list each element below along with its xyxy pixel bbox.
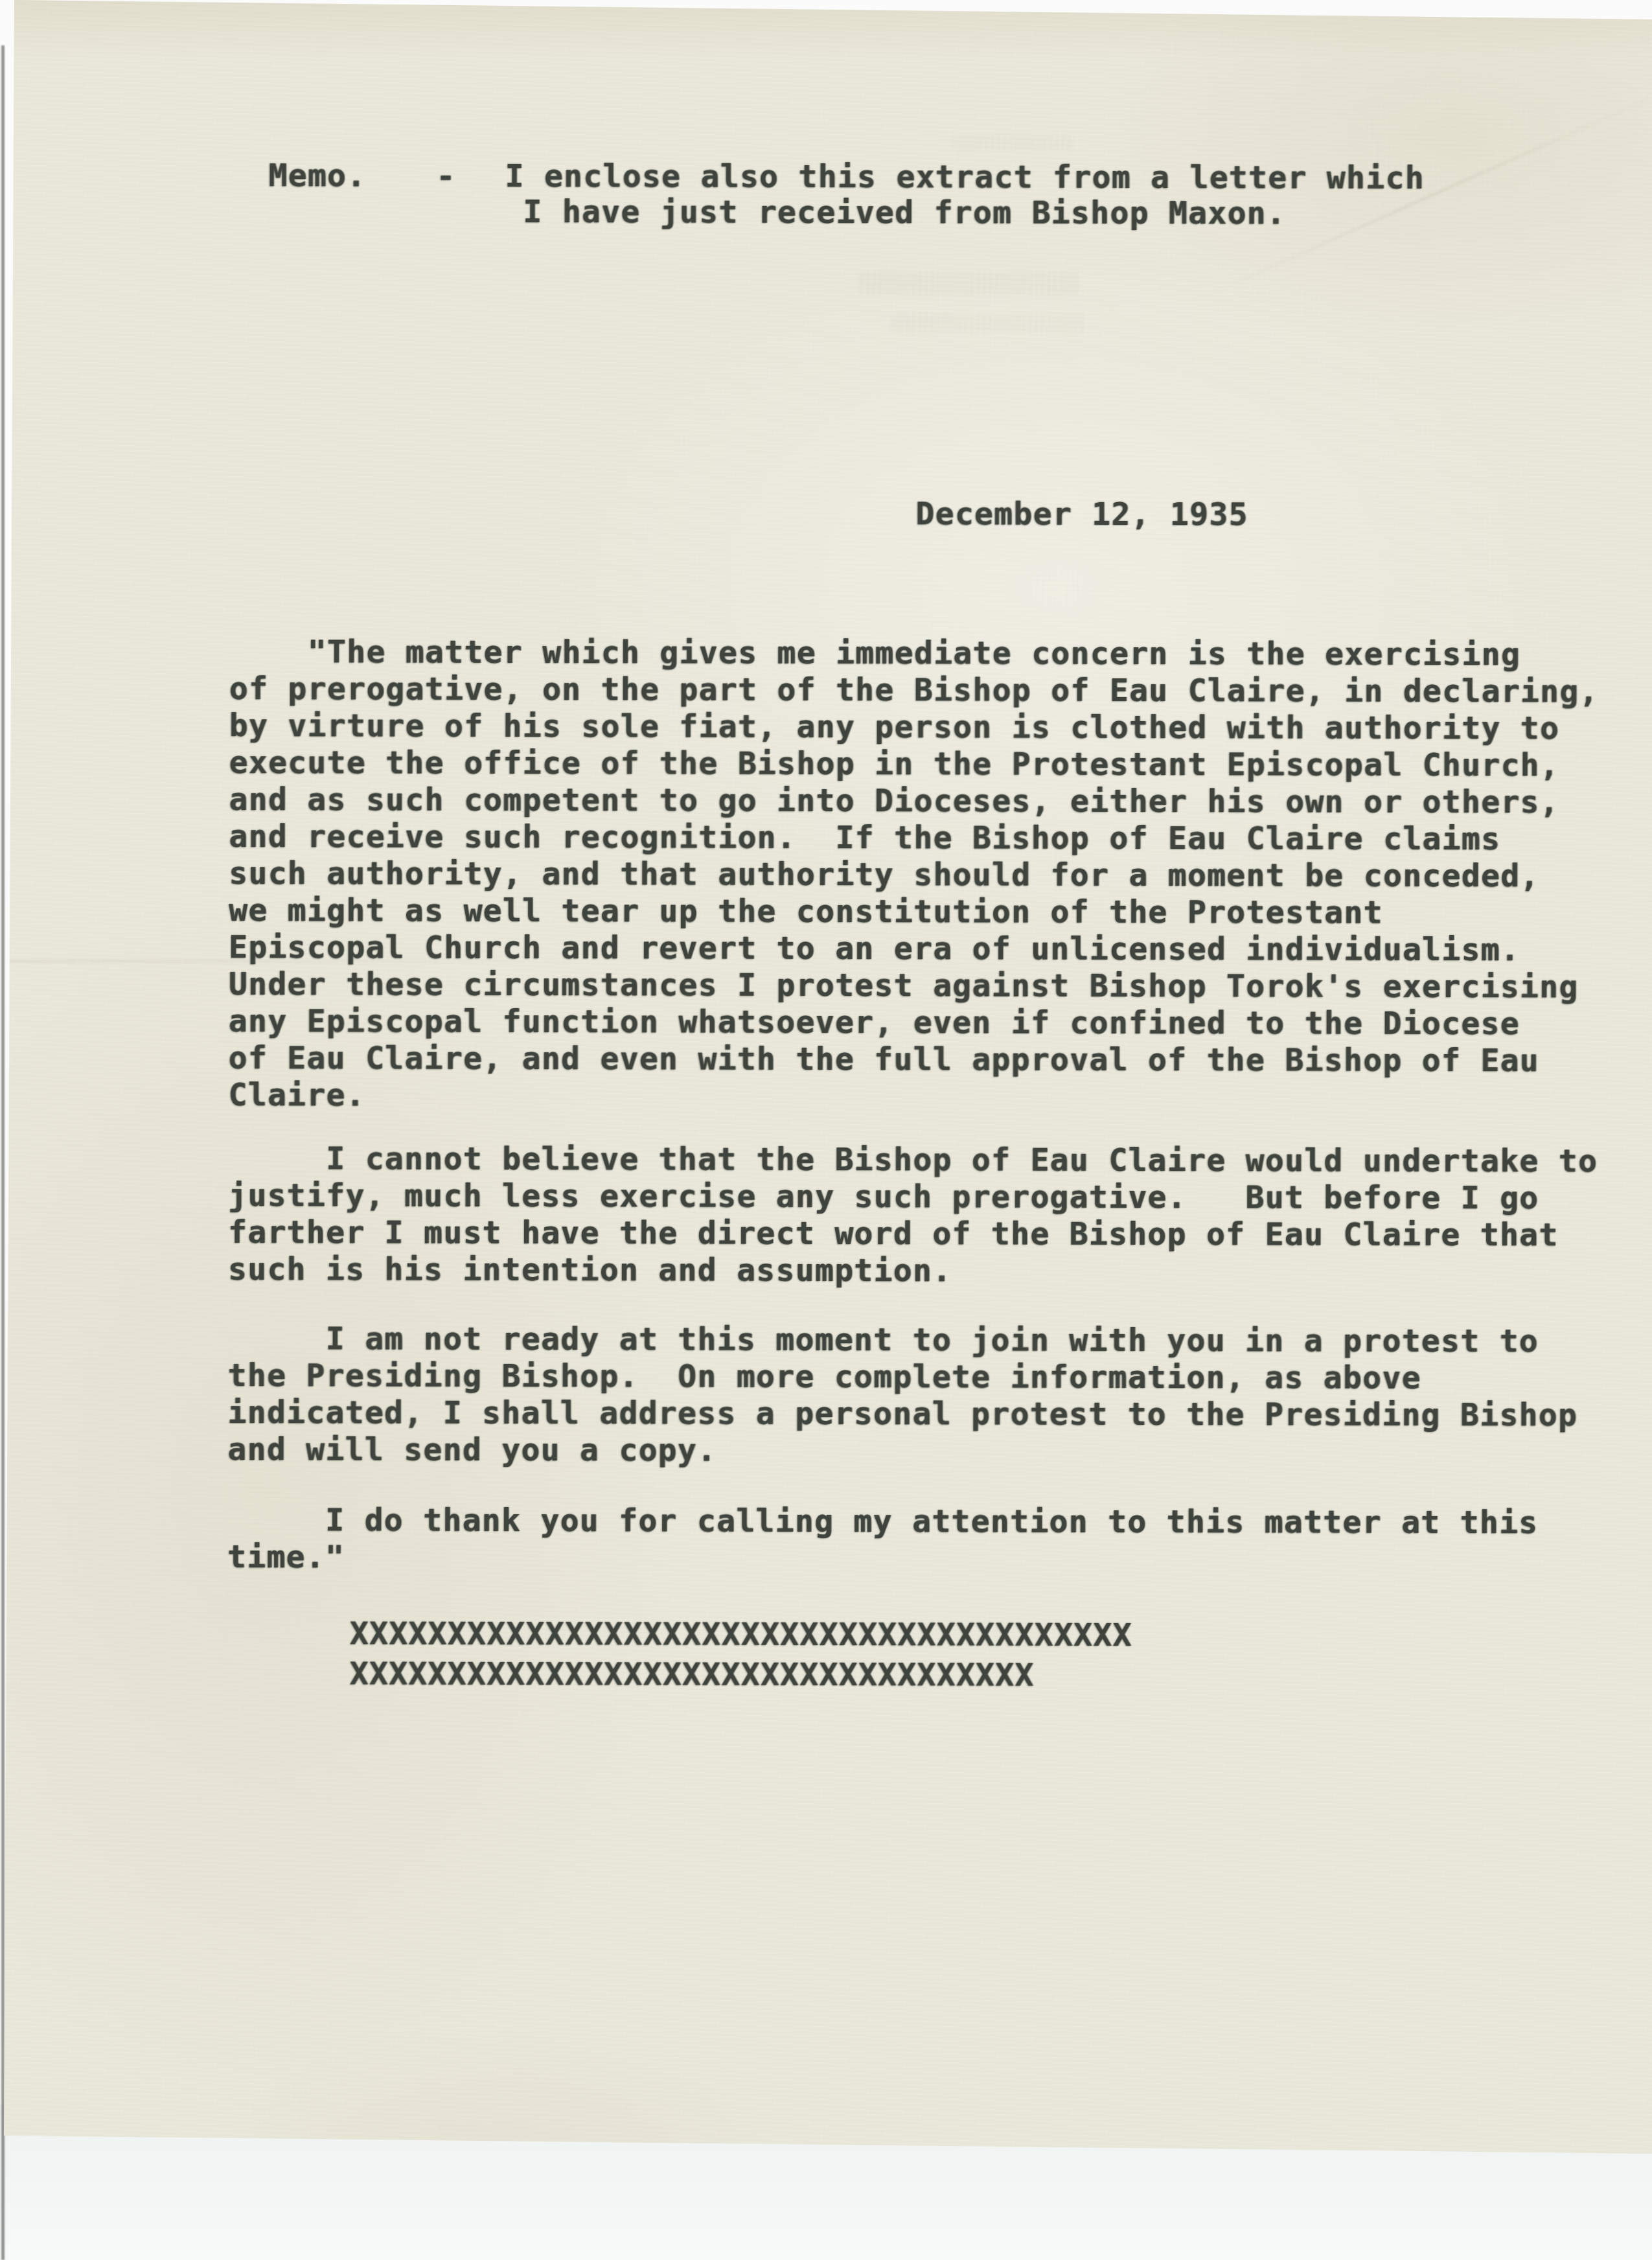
paper-sheet: Memo. - I enclose also this extract from… bbox=[0, 0, 1652, 2260]
letter-paragraph-3: I am not ready at this moment to join wi… bbox=[227, 1320, 1627, 1471]
letter-paragraph-4: I do thank you for calling my attention … bbox=[227, 1502, 1627, 1579]
scanner-edge-line bbox=[1, 45, 5, 2260]
redaction-x-row-1: XXXXXXXXXXXXXXXXXXXXXXXXXXXXXXXXXXXXXXXX bbox=[350, 1615, 1132, 1654]
redaction-x-row-2: XXXXXXXXXXXXXXXXXXXXXXXXXXXXXXXXXXX bbox=[350, 1655, 1035, 1694]
letter-paragraph-1: "The matter which gives me immediate con… bbox=[228, 634, 1629, 1117]
memo-label: Memo. bbox=[268, 157, 366, 194]
memo-intro-line-2: I have just received from Bishop Maxon. bbox=[523, 194, 1286, 232]
date-line: December 12, 1935 bbox=[915, 496, 1248, 533]
typewritten-text-layer: Memo. - I enclose also this extract from… bbox=[0, 0, 1652, 2260]
memo-intro-line-1: I enclose also this extract from a lette… bbox=[505, 158, 1424, 197]
letter-paragraph-2: I cannot believe that the Bishop of Eau … bbox=[228, 1140, 1627, 1291]
memo-dash: - bbox=[436, 158, 455, 195]
